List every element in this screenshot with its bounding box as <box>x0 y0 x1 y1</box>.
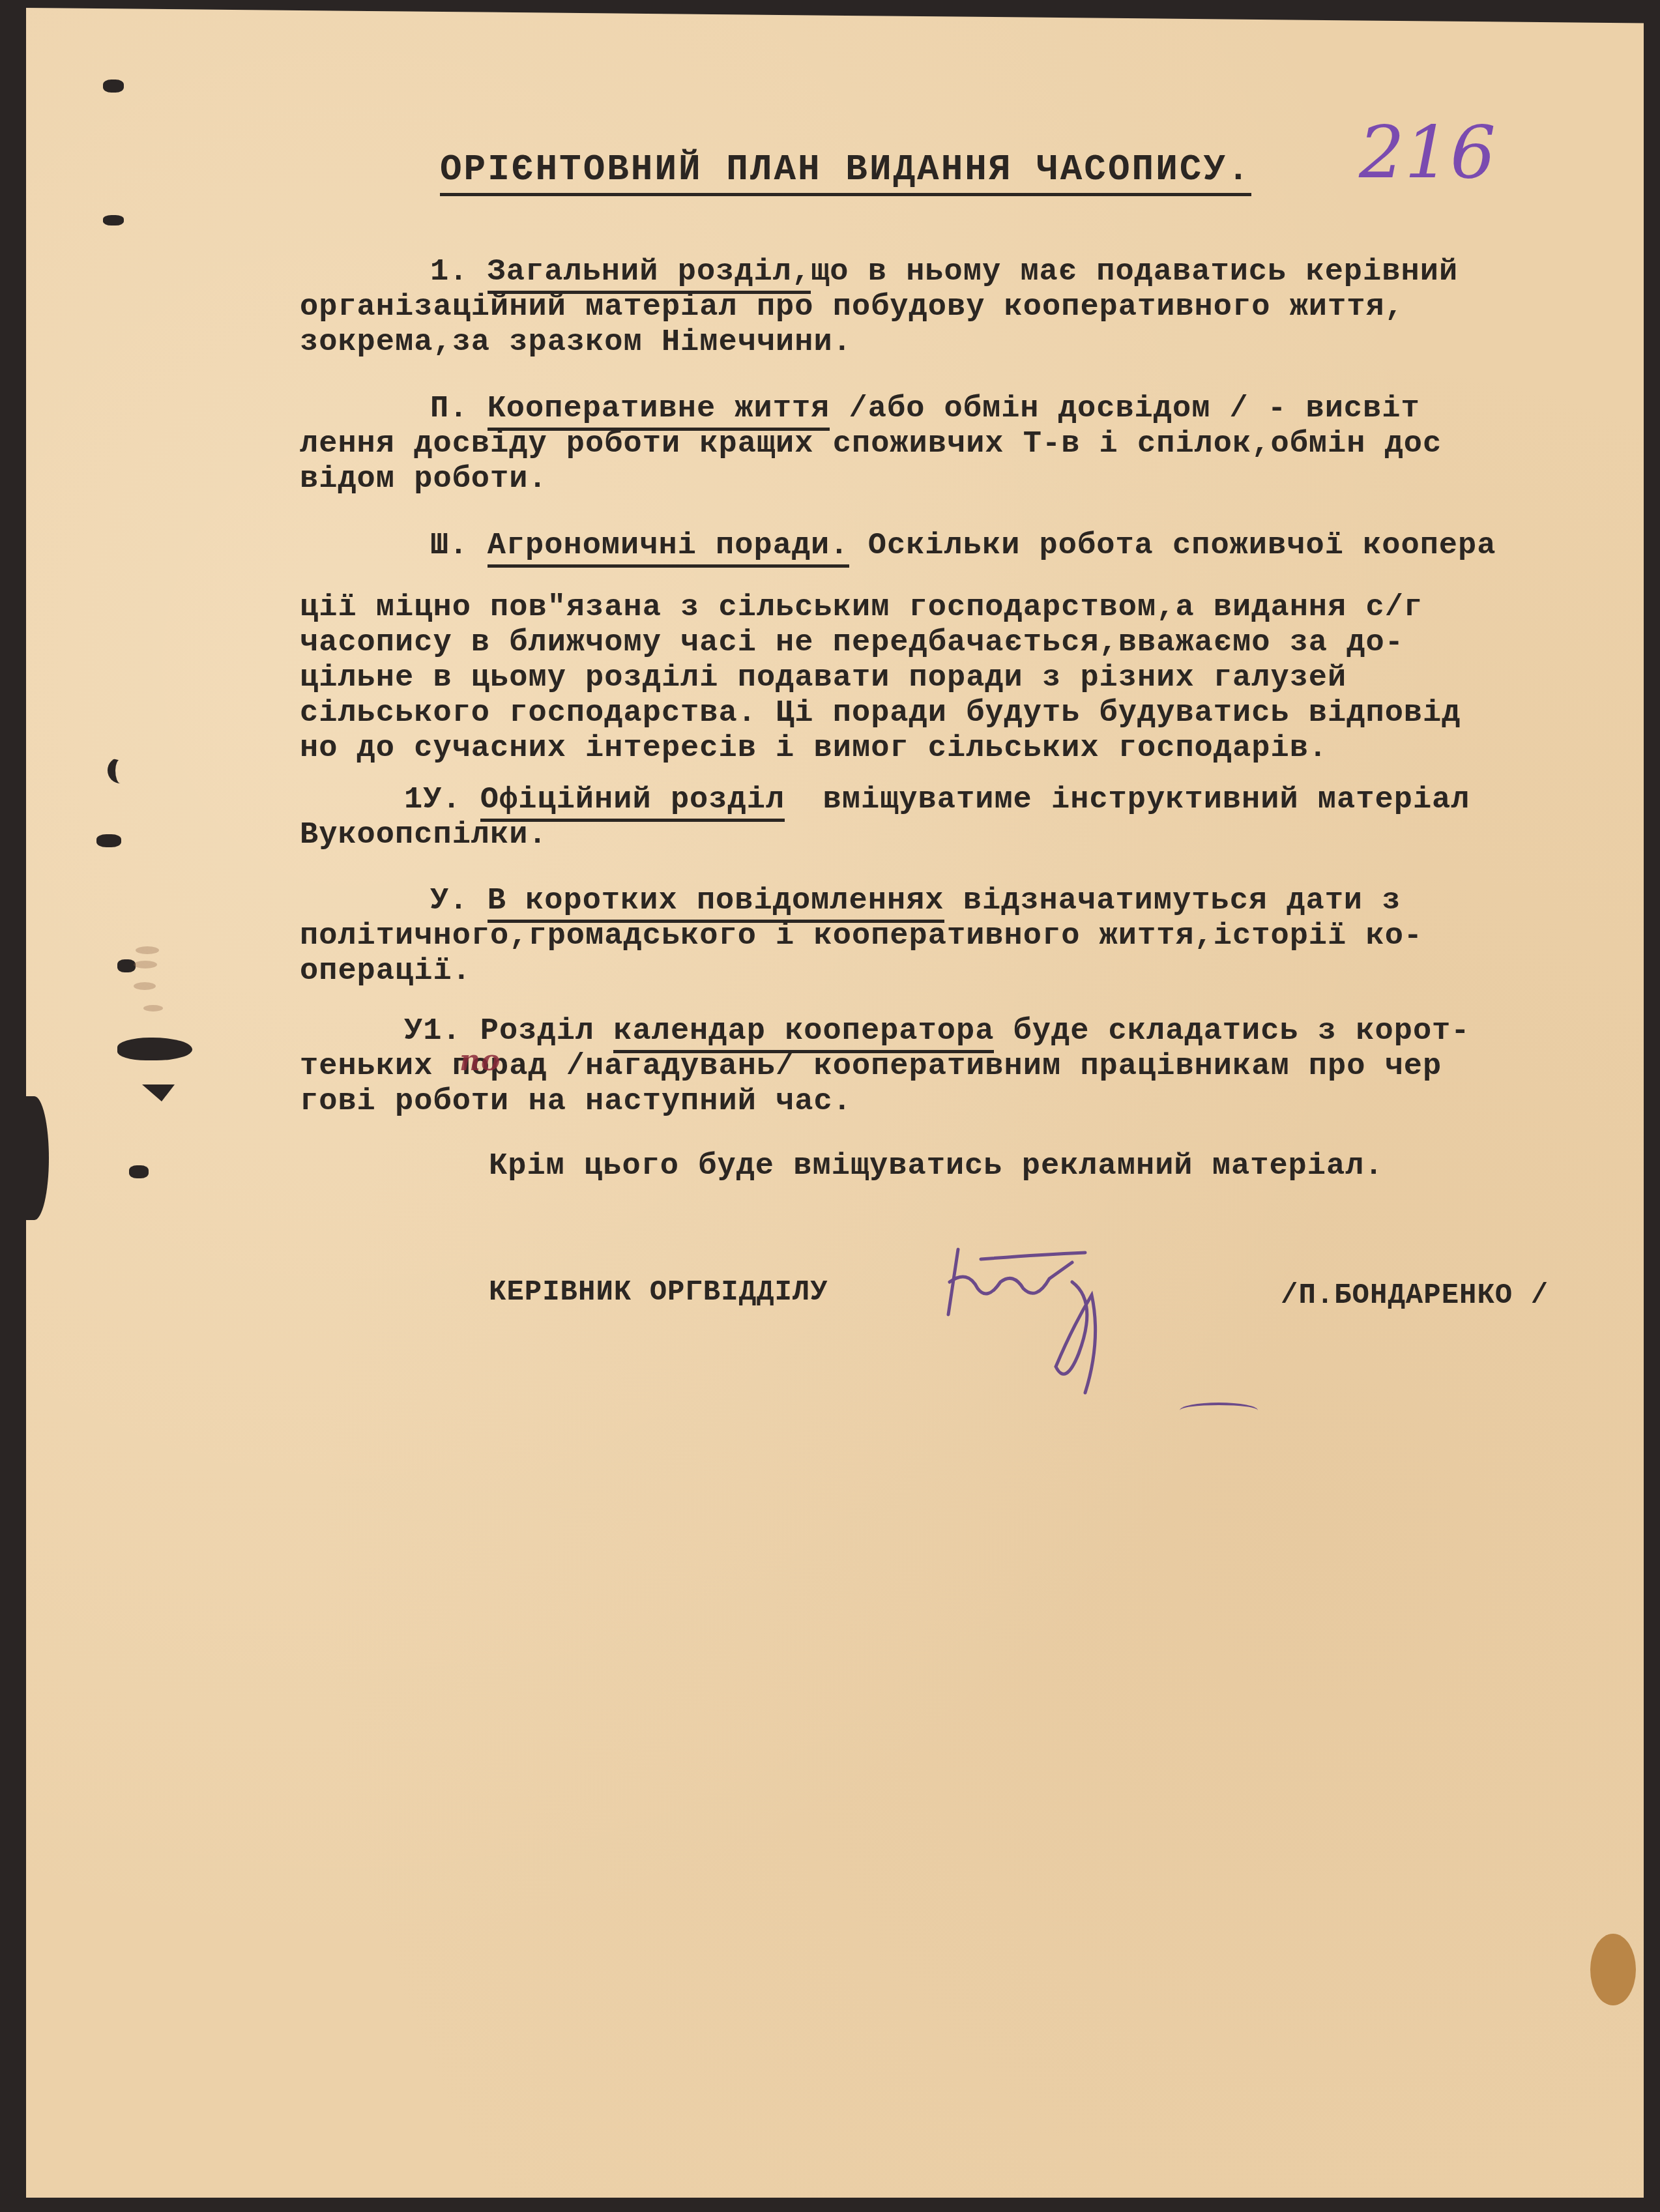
punch-hole <box>117 959 136 972</box>
section-3-line-4: цільне в цьому розділі подавати поради з… <box>300 662 1347 695</box>
section-5-line-2: політичного,громадського і кооперативног… <box>300 920 1423 953</box>
handwritten-signature <box>942 1243 1216 1412</box>
closing-line: Крім цього буде вміщуватись рекламний ма… <box>489 1150 1384 1184</box>
section-2-line-3: відом роботи. <box>300 463 547 497</box>
section-number: У1. <box>300 1014 461 1049</box>
section-3-line-2: ції міцно пов"язана з сільським господар… <box>300 591 1423 625</box>
section-3-line-5: сільського господарства. Ці поради будут… <box>300 697 1461 731</box>
section-heading: календар кооператора <box>613 1014 994 1053</box>
handwritten-correction: по <box>459 1044 501 1078</box>
punch-hole <box>129 1165 149 1178</box>
section-heading: В коротких повідомленнях <box>488 884 944 923</box>
section-heading: Офіційний розділ <box>480 783 785 822</box>
section-5: У. В коротких повідомленнях відзначатиму… <box>300 884 1401 918</box>
section-number: У. <box>300 884 468 918</box>
section-6-line-3: гові роботи на наступний час. <box>300 1085 852 1119</box>
section-2-line-2: лення досвіду роботи кращих споживчих Т-… <box>300 428 1442 461</box>
archival-document-page: ОРІЄНТОВНИЙ ПЛАН ВИДАННЯ ЧАСОПИСУ. 216 1… <box>26 8 1644 2198</box>
section-2: П. Кооперативне життя /або обмін досвідо… <box>300 392 1420 426</box>
signature-flourish <box>1180 1403 1258 1418</box>
section-4: 1У. Офіційний розділ вміщуватиме інструк… <box>300 783 1470 817</box>
rust-mark <box>143 1005 163 1011</box>
edge-tear <box>20 1096 49 1220</box>
section-3: Ш. Агрономичні поради. Оскільки робота с… <box>300 529 1496 563</box>
punch-hole <box>103 80 124 93</box>
rust-mark <box>134 961 157 968</box>
section-1: 1. Загальний розділ,що в ньому має подав… <box>300 255 1458 289</box>
section-heading: Кооперативне життя <box>488 392 830 431</box>
section-5-line-3: операції. <box>300 955 471 989</box>
handwritten-folio-number: 216 <box>1359 111 1496 194</box>
section-1-line-2: організаційний матеріал про побудову коо… <box>300 291 1404 325</box>
rust-mark <box>134 982 156 990</box>
punch-hole <box>96 834 121 847</box>
section-number: Ш. <box>300 529 468 563</box>
document-title: ОРІЄНТОВНИЙ ПЛАН ВИДАННЯ ЧАСОПИСУ. <box>440 149 1251 196</box>
section-heading: Загальний розділ, <box>488 255 811 294</box>
signatory-name: /П.БОНДАРЕНКО / <box>1281 1279 1549 1313</box>
section-3-line-3: часопису в ближчому часі не передбачаєть… <box>300 626 1404 660</box>
signatory-role: КЕРІВНИК ОРГВІДДІЛУ <box>489 1275 828 1309</box>
section-number: 1. <box>300 255 468 289</box>
section-number: П. <box>300 392 468 426</box>
punch-hole <box>103 215 124 226</box>
torn-hole <box>142 1084 175 1101</box>
punch-hole-ring <box>108 757 134 783</box>
section-1-line-3: зокрема,за зразком Німеччини. <box>300 326 852 360</box>
section-heading: Агрономичні поради. <box>488 529 849 568</box>
rust-mark <box>136 946 159 954</box>
section-number: 1У. <box>300 783 461 817</box>
section-4-line-2: Вукоопспілки. <box>300 819 547 852</box>
torn-hole <box>117 1038 192 1060</box>
water-stain <box>1590 1934 1636 2005</box>
section-3-line-6: но до сучасних інтересів і вимог сільськ… <box>300 732 1328 766</box>
